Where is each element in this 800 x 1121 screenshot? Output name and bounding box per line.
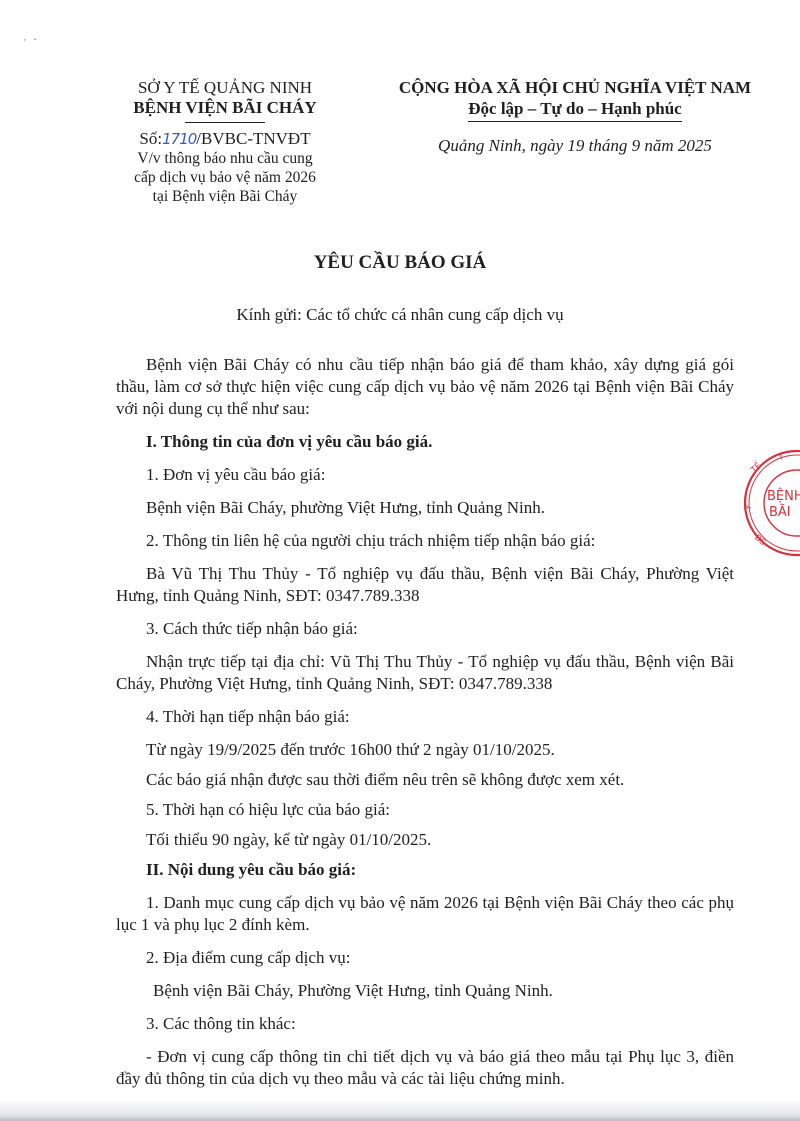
place-date: Quảng Ninh, ngày 19 tháng 9 năm 2025: [355, 136, 795, 156]
nation-name: CỘNG HÒA XÃ HỘI CHỦ NGHĨA VIỆT NAM: [355, 78, 795, 98]
s1-item2-value: Bà Vũ Thị Thu Thủy - Tổ nghiệp vụ đấu th…: [116, 563, 734, 607]
subject-line: cấp dịch vụ bảo vệ năm 2026: [100, 168, 350, 187]
subject-line: tại Bệnh viện Bãi Cháy: [100, 187, 350, 206]
s2-item3-value: - Đơn vị cung cấp thông tin chi tiết dịc…: [116, 1046, 734, 1090]
s1-item1-label: 1. Đơn vị yêu cầu báo giá:: [116, 464, 734, 486]
subject-line: V/v thông báo nhu cầu cung: [100, 149, 350, 168]
greeting: Kính gửi: Các tổ chức cá nhân cung cấp d…: [0, 305, 800, 325]
s2-item2-value: Bệnh viện Bãi Cháy, Phường Việt Hưng, tỉ…: [116, 980, 734, 1002]
stamp-line-2: BÃI: [769, 504, 791, 520]
document-number: Số:1710/BVBC-TNVĐT: [100, 129, 350, 149]
national-motto: Độc lập – Tự do – Hạnh phúc: [468, 98, 681, 122]
svg-text:TẾ: TẾ: [747, 459, 763, 475]
subject: V/v thông báo nhu cầu cung cấp dịch vụ b…: [100, 149, 350, 206]
national-header: CỘNG HÒA XÃ HỘI CHỦ NGHĨA VIỆT NAM Độc l…: [355, 78, 795, 156]
s1-item5-label: 5. Thời hạn có hiệu lực của báo giá:: [116, 799, 734, 821]
s2-item2-label: 2. Địa điểm cung cấp dịch vụ:: [116, 947, 734, 969]
s1-item4-value: Từ ngày 19/9/2025 đến trước 16h00 thứ 2 …: [116, 739, 734, 761]
document-body: Bệnh viện Bãi Cháy có nhu cầu tiếp nhận …: [116, 354, 734, 1090]
intro-paragraph: Bệnh viện Bãi Cháy có nhu cầu tiếp nhận …: [116, 354, 734, 420]
section-2-heading: II. Nội dung yêu cầu báo giá:: [116, 859, 734, 881]
official-seal-stamp: TẾ T Y DS BỆNH BÃI: [742, 448, 800, 558]
s2-item1: 1. Danh mục cung cấp dịch vụ bảo vệ năm …: [116, 892, 734, 936]
section-1-heading: I. Thông tin của đơn vị yêu cầu báo giá.: [116, 431, 734, 453]
s2-item3-label: 3. Các thông tin khác:: [116, 1013, 734, 1035]
document-title: YÊU CẦU BÁO GIÁ: [0, 252, 800, 274]
issuer-header: SỞ Y TẾ QUẢNG NINH BỆNH VIỆN BÃI CHÁY Số…: [100, 78, 350, 206]
stamp-line-1: BỆNH: [767, 488, 800, 504]
scan-edge-shadow: [0, 1099, 800, 1121]
s1-item5-value: Tối thiểu 90 ngày, kể từ ngày 01/10/2025…: [116, 829, 734, 851]
doc-no-handwritten: 1710: [162, 130, 196, 148]
s1-item3-value: Nhận trực tiếp tại địa chỉ: Vũ Thị Thu T…: [116, 651, 734, 695]
s1-item3-label: 3. Cách thức tiếp nhận báo giá:: [116, 618, 734, 640]
s1-item4-label: 4. Thời hạn tiếp nhận báo giá:: [116, 706, 734, 728]
s1-item4-note: Các báo giá nhận được sau thời điểm nêu …: [116, 769, 734, 791]
doc-no-suffix: /BVBC-TNVĐT: [196, 129, 310, 148]
department-name: SỞ Y TẾ QUẢNG NINH: [100, 78, 350, 98]
s1-item2-label: 2. Thông tin liên hệ của người chịu trác…: [116, 530, 734, 552]
doc-no-prefix: Số:: [139, 129, 162, 148]
hospital-name: BỆNH VIỆN BÃI CHÁY: [100, 98, 350, 118]
scan-artifact: ' ˇ: [24, 38, 37, 49]
s1-item1-value: Bệnh viện Bãi Cháy, phường Việt Hưng, tỉ…: [116, 497, 734, 519]
header-divider: [185, 122, 265, 123]
